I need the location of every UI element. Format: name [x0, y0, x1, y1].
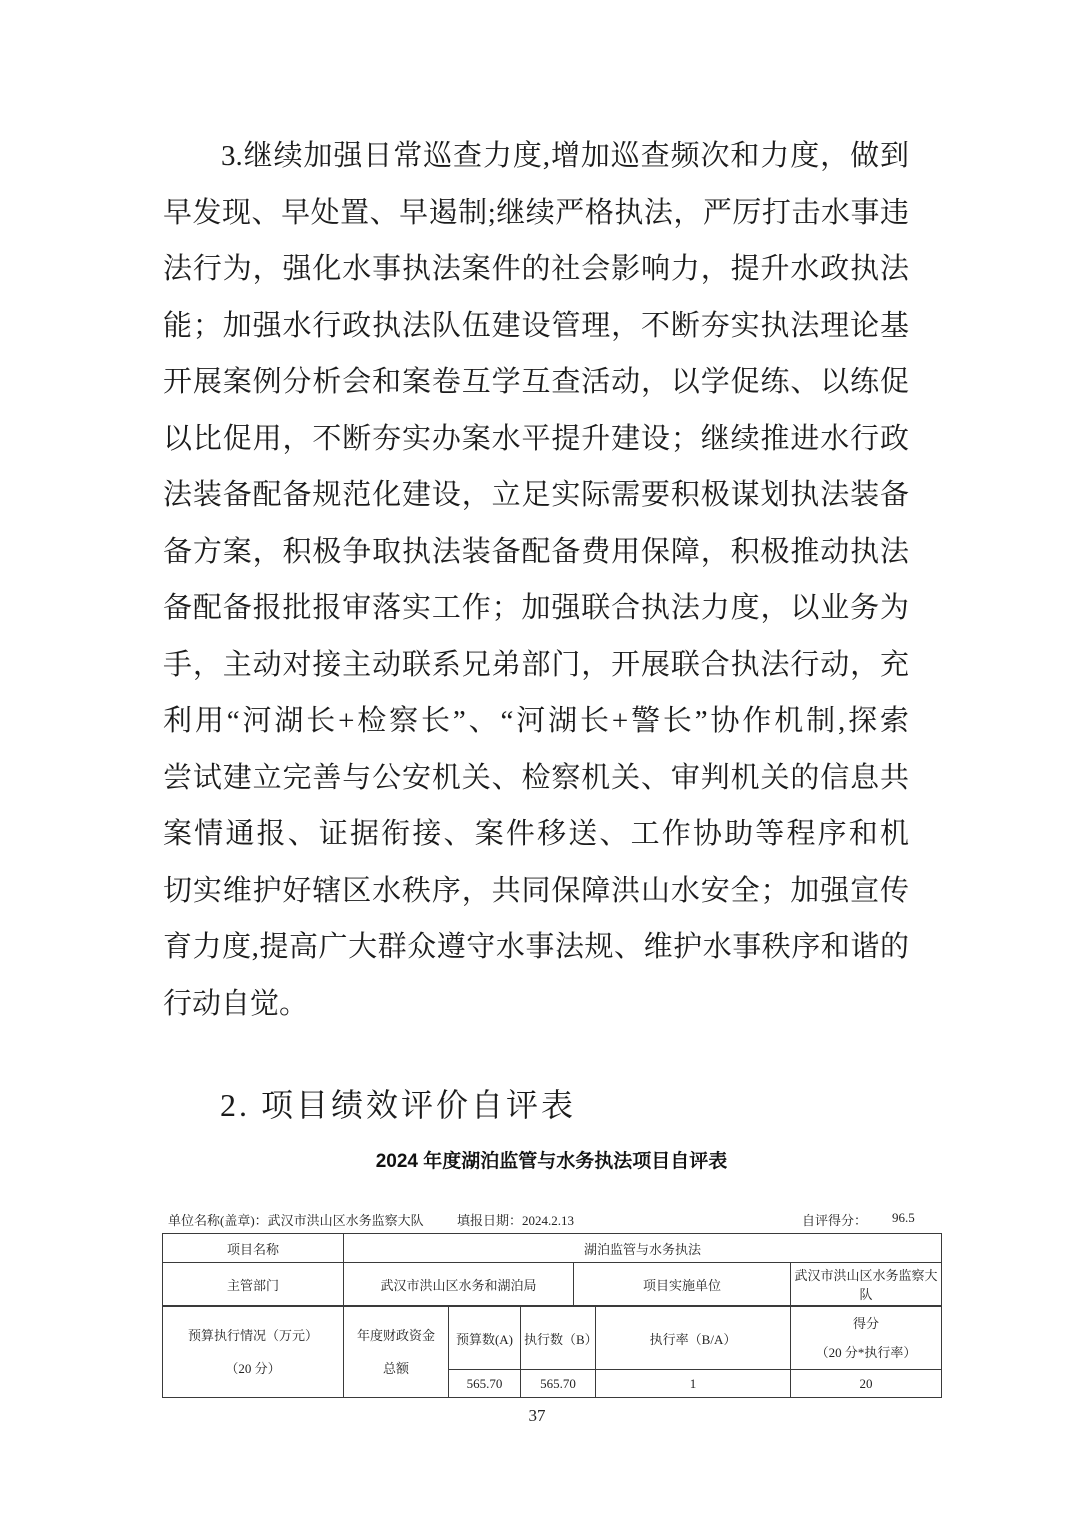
- rate-value: 1: [596, 1370, 791, 1398]
- exec-value: 565.70: [521, 1370, 596, 1398]
- body-line: 以比促用，不断夯实办案水平提升建设；继续推进水行政执: [163, 411, 909, 468]
- self-score-value: 96.5: [892, 1210, 915, 1226]
- page-number: 37: [0, 1406, 1074, 1426]
- impl-unit-value: 武汉市洪山区水务监察大队: [791, 1263, 942, 1307]
- project-name-label: 项目名称: [163, 1234, 344, 1263]
- self-eval-table: 项目名称 湖泊监管与水务执法 主管部门 武汉市洪山区水务和湖泊局 项目实施单位 …: [162, 1233, 942, 1398]
- body-line: 法装备配备规范化建设，立足实际需要积极谋划执法装备配: [163, 467, 909, 524]
- table-row: 预算执行情况（万元） （20 分） 年度财政资金 总额 预算数(A) 执行数（B…: [163, 1306, 942, 1370]
- budget-exec-label: 预算执行情况（万元） （20 分）: [163, 1306, 344, 1398]
- score-value: 20: [791, 1370, 942, 1398]
- budget-value: 565.70: [449, 1370, 521, 1398]
- body-line: 利用“河湖长+检察长”、“河湖长+警长”协作机制,探索: [163, 693, 909, 750]
- body-line: 能；加强水行政执法队伍建设管理，不断夯实执法理论基础，: [163, 298, 909, 355]
- body-line: 备配备报批报审落实工作；加强联合执法力度，以业务为抓: [163, 580, 909, 637]
- annual-fund-label: 年度财政资金 总额: [344, 1306, 449, 1398]
- body-line: 手，主动对接主动联系兄弟部门，开展联合执法行动，充分: [163, 637, 909, 694]
- dept-value: 武汉市洪山区水务和湖泊局: [344, 1263, 574, 1307]
- body-line: 3.继续加强日常巡查力度,增加巡查频次和力度，做到: [163, 128, 909, 185]
- report-date-field: 填报日期：2024.2.13: [457, 1210, 574, 1229]
- col-exec-header: 执行数（B）: [521, 1306, 596, 1370]
- body-line: 行动自觉。: [163, 976, 909, 1033]
- body-line: 育力度,提高广大群众遵守水事法规、维护水事秩序和谐的: [163, 919, 909, 976]
- table-row: 项目名称 湖泊监管与水务执法: [163, 1234, 942, 1263]
- unit-name-field: 单位名称(盖章)：武汉市洪山区水务监察大队: [168, 1210, 424, 1229]
- body-line: 案情通报、证据衔接、案件移送、工作协助等程序和机制，: [163, 806, 909, 863]
- table-row: 主管部门 武汉市洪山区水务和湖泊局 项目实施单位 武汉市洪山区水务监察大队: [163, 1263, 942, 1307]
- col-score-header: 得分 （20 分*执行率）: [791, 1306, 942, 1370]
- body-paragraph: 3.继续加强日常巡查力度,增加巡查频次和力度，做到 早发现、早处置、早遏制;继续…: [163, 128, 909, 1032]
- body-line: 早发现、早处置、早遏制;继续严格执法，严厉打击水事违: [163, 185, 909, 242]
- body-line: 尝试建立完善与公安机关、检察机关、审判机关的信息共享、: [163, 750, 909, 807]
- impl-unit-label: 项目实施单位: [574, 1263, 791, 1307]
- body-line: 开展案例分析会和案卷互学互查活动，以学促练、以练促比、: [163, 354, 909, 411]
- dept-label: 主管部门: [163, 1263, 344, 1307]
- table-info-row: 单位名称(盖章)：武汉市洪山区水务监察大队 填报日期：2024.2.13 自评得…: [162, 1205, 941, 1231]
- body-line: 法行为，强化水事执法案件的社会影响力，提升水政执法效: [163, 241, 909, 298]
- col-budget-header: 预算数(A): [449, 1306, 521, 1370]
- document-page: 3.继续加强日常巡查力度,增加巡查频次和力度，做到 早发现、早处置、早遏制;继续…: [0, 0, 1074, 1520]
- project-name-value: 湖泊监管与水务执法: [344, 1234, 942, 1263]
- self-score-label: 自评得分：: [802, 1210, 867, 1229]
- body-line: 备方案，积极争取执法装备配备费用保障，积极推动执法装: [163, 524, 909, 581]
- body-line: 切实维护好辖区水秩序，共同保障洪山水安全；加强宣传教: [163, 863, 909, 920]
- table-title: 2024 年度湖泊监管与水务执法项目自评表: [162, 1146, 941, 1173]
- col-rate-header: 执行率（B/A）: [596, 1306, 791, 1370]
- section-heading: 2. 项目绩效评价自评表: [163, 1080, 966, 1126]
